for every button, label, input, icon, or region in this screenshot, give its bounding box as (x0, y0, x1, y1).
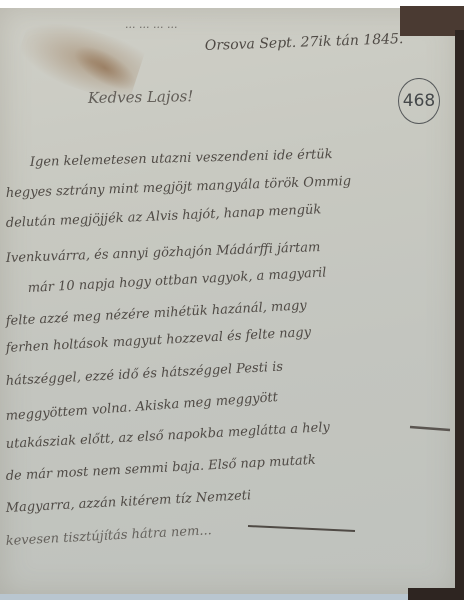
letter-line-12: Magyarra, azzán kitérem tíz Nemzeti (4, 488, 251, 516)
faint-header: ... ... ... ... (125, 18, 177, 31)
ink-dash (410, 427, 450, 430)
letter-line-11: de már most nem semmi baja. Első nap mut… (5, 453, 316, 484)
letter-line-9: meggyöttem volna. Akiska meg meggyött (5, 390, 279, 424)
letter-line-7: ferhen holtások magyut hozzeval és felte… (4, 325, 312, 356)
letter-line-1: Igen kelemetesen utazni veszendeni ide é… (29, 147, 333, 170)
letter-line-6: felte azzé meg nézére mihétük hazánál, m… (4, 298, 307, 329)
letter-line-5: már 10 napja hogy ottban vagyok, a magya… (27, 265, 326, 296)
salutation: Kedves Lajos! (87, 87, 194, 107)
letter-line-10: utakásziak előtt, az első napokba meglát… (5, 420, 330, 452)
letter-line-4: Ivenkuvárra, és annyi gözhajón Mádárffi … (5, 240, 321, 266)
letter-line-2: hegyes sztrány mint megjöjt mangyála tör… (6, 174, 352, 201)
place-date: Orsova Sept. 27ik tán 1845. (205, 31, 404, 54)
strikethrough (248, 526, 355, 531)
letter-line-8: hátszéggel, ezzé idő és hátszéggel Pesti… (5, 359, 283, 389)
letter-line-13: kevesen tisztújítás hátra nem... (5, 523, 212, 549)
letter-line-3: delután megjöjjék az Alvis hajót, hanap … (6, 202, 322, 231)
archive-catalog-number: 468 (398, 78, 440, 124)
